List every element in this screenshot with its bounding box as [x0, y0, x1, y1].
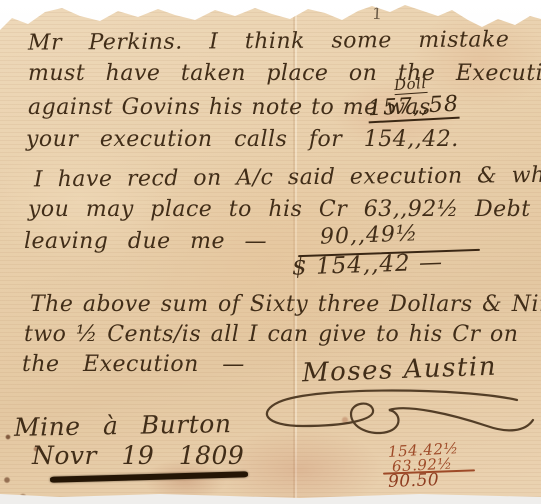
- line-cents-to-credit: two ½ Cents/is all I can give to his Cr …: [24, 323, 518, 347]
- currency-label: Doll: [393, 74, 427, 95]
- line-execution-calls: your execution calls for 154,,42.: [26, 128, 459, 152]
- note-amount: 157,,58: [367, 92, 459, 124]
- note-amount-group: Doll 157,,58: [368, 74, 459, 121]
- signature: Moses Austin: [302, 353, 498, 388]
- line-leaving-due: leaving due me —: [24, 230, 267, 254]
- calc-difference: 90.50: [388, 470, 440, 492]
- salutation-line: Mr Perkins. I think some mistake: [28, 28, 509, 56]
- line-above-sum: The above sum of Sixty three Dollars & N…: [30, 293, 541, 317]
- paper-sheet: 1 Mr Perkins. I think some mistake must …: [0, 0, 541, 504]
- date-underline: [50, 471, 248, 483]
- credit-amount: 90,,49½: [320, 222, 419, 250]
- total-amount: $ 154,,42 —: [292, 250, 444, 281]
- scanned-letter: 1 Mr Perkins. I think some mistake must …: [0, 0, 541, 504]
- page-number-pencil-mark: 1: [372, 4, 383, 24]
- line-taken-place: must have taken place on the Execution: [28, 62, 541, 86]
- line-received-on-account: I have recd on A/c said execution & whic…: [34, 164, 541, 193]
- place-line: Mine à Burton: [14, 410, 232, 441]
- line-place-to-credit: you may place to his Cr 63,,92½ Debt: [28, 198, 531, 222]
- signature-flourish-icon: [255, 386, 540, 444]
- date-line: Novr 19 1809: [32, 442, 244, 470]
- line-the-execution: the Execution —: [22, 353, 245, 377]
